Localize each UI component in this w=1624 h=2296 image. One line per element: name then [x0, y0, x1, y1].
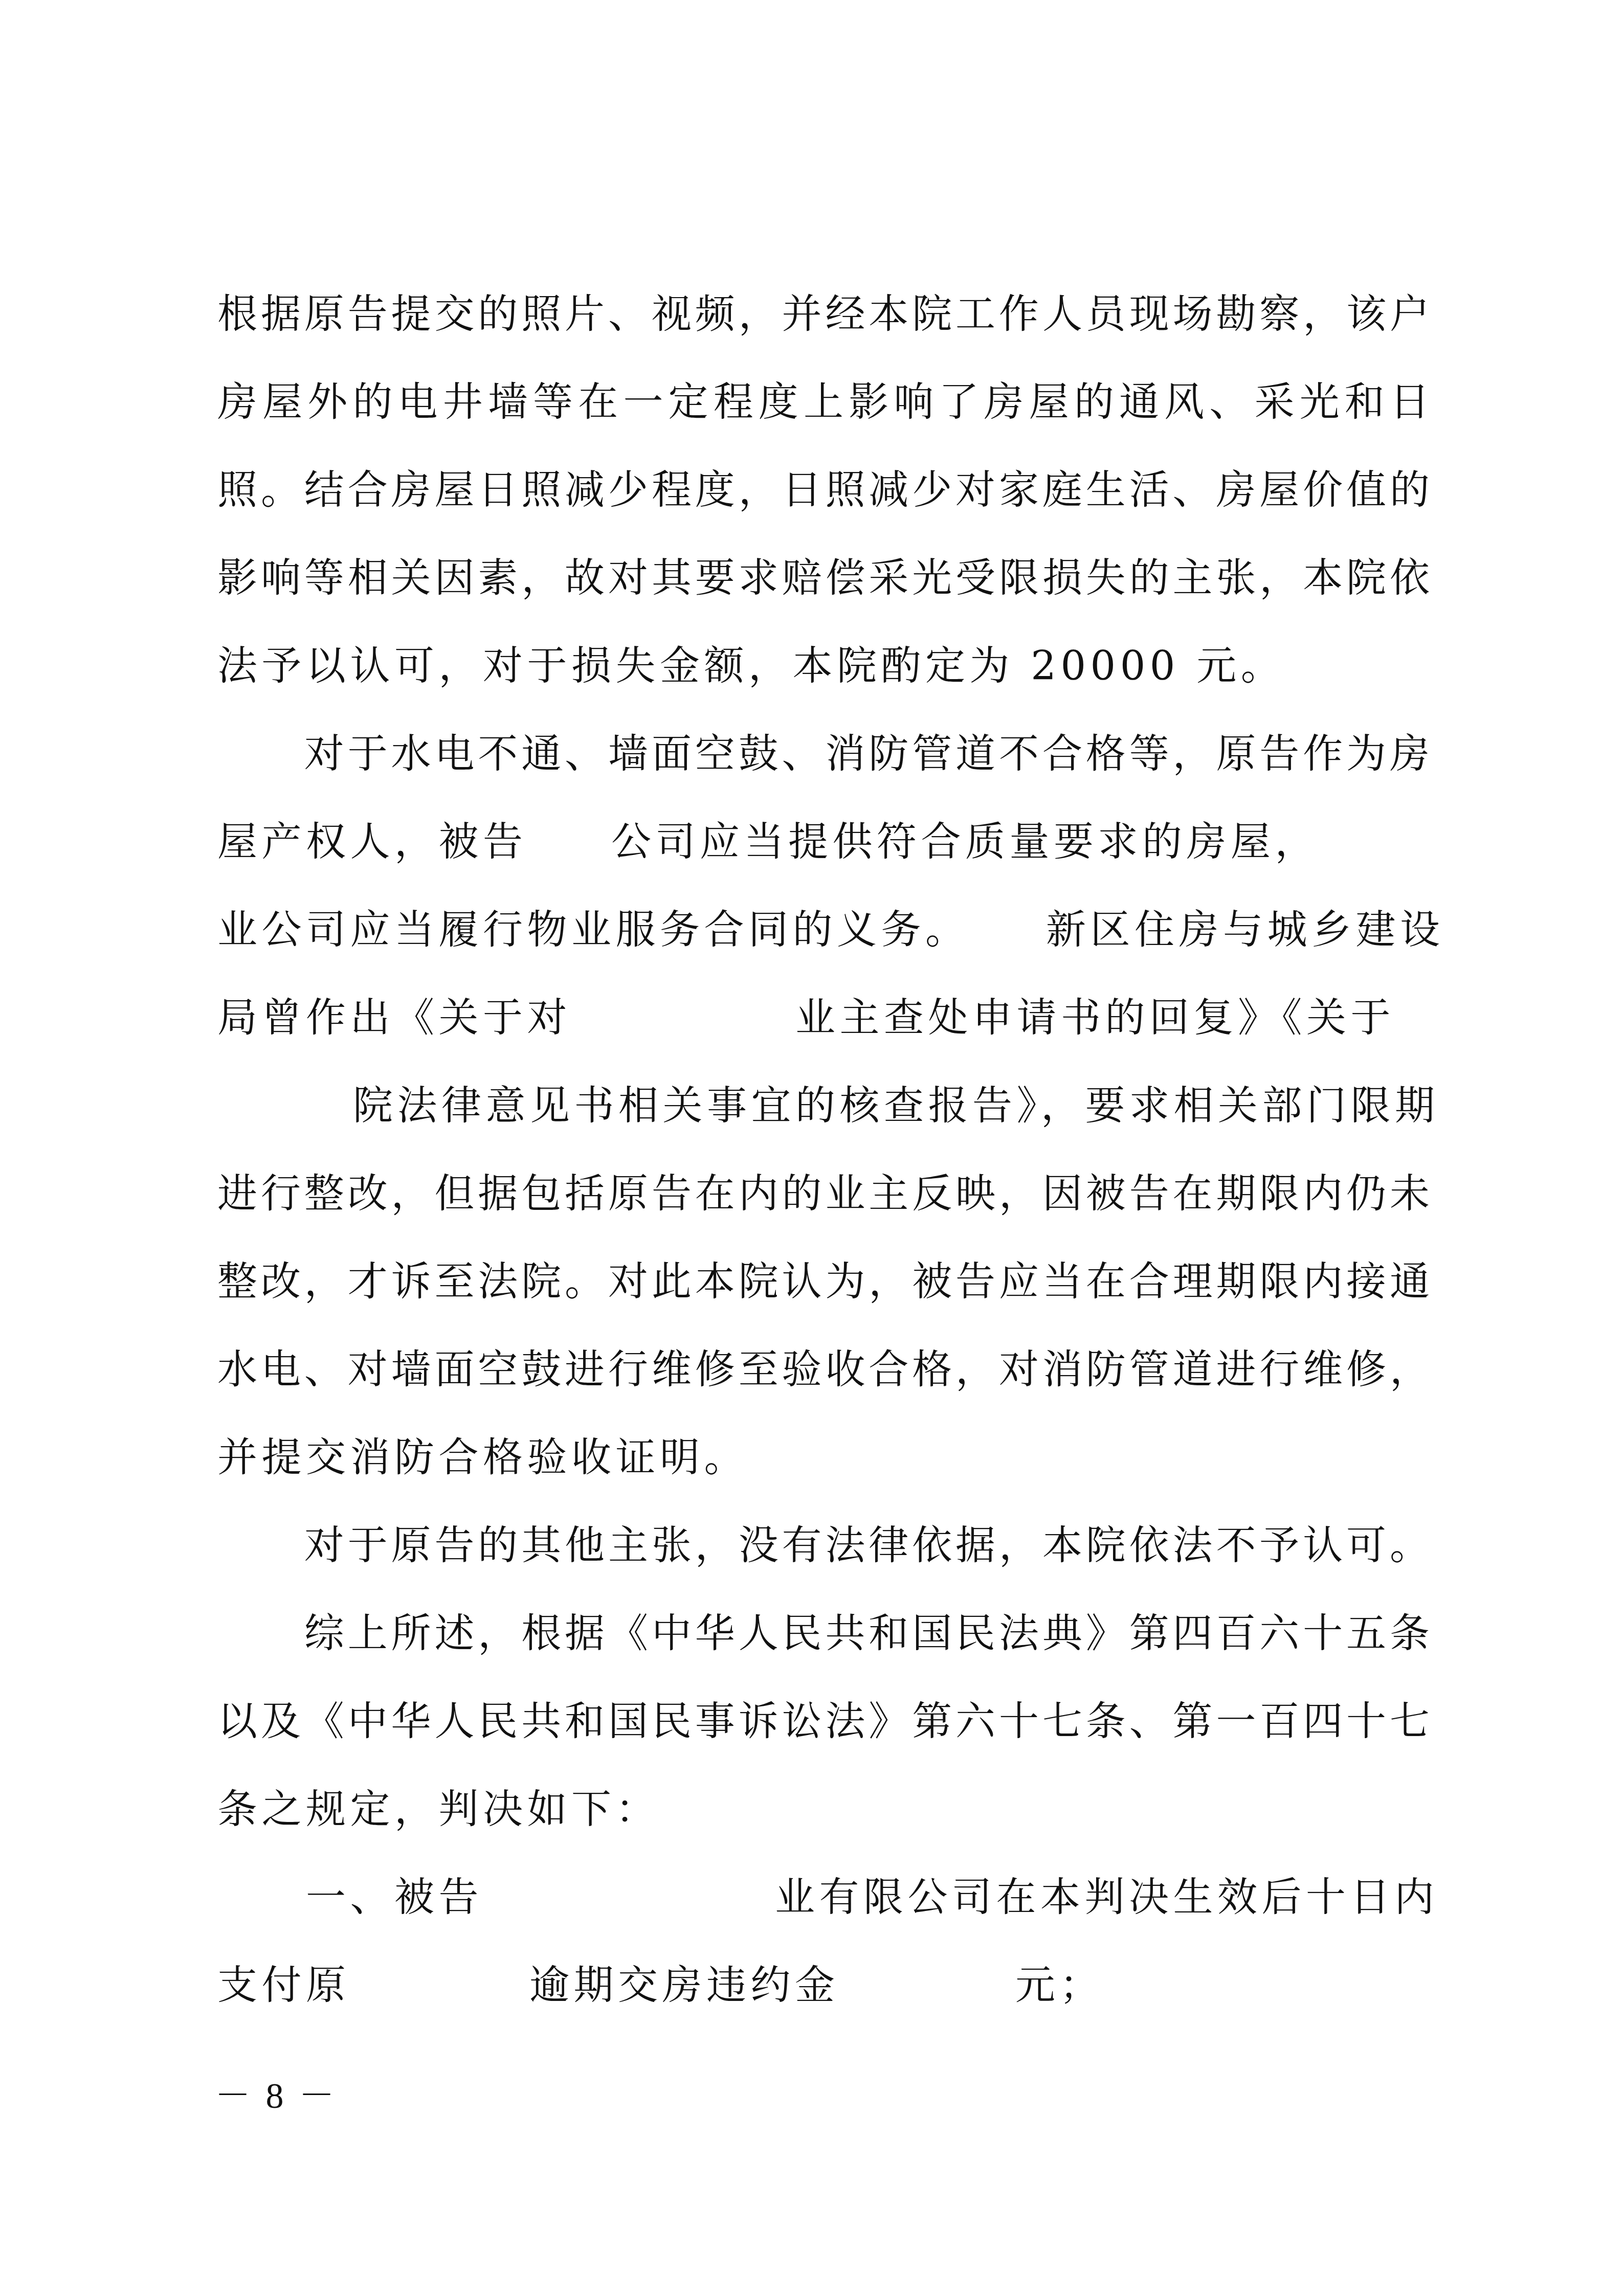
paragraph-line: 并提交消防合格验收证明。 [217, 1427, 1430, 1489]
paragraph-line: 照。结合房屋日照减少程度，日照减少对家庭生活、房屋价值的 [217, 460, 1430, 521]
paragraph-line: 水电、对墙面空鼓进行维修至验收合格，对消防管道进行维修， [217, 1339, 1430, 1401]
text-segment: 元； [1015, 1955, 1104, 2016]
paragraph-line-redacted: 局曾作出《关于对 业主查处申请书的回复》《关于 [217, 987, 1430, 1049]
page-number: － 8 － [215, 2074, 338, 2120]
paragraph-line: 条之规定，判决如下： [217, 1779, 1430, 1840]
paragraph-line: 对于水电不通、墙面空鼓、消防管道不合格等，原告作为房 [217, 724, 1430, 785]
paragraph-line: 综上所述，根据《中华人民共和国民法典》第四百六十五条 [217, 1603, 1430, 1664]
paragraph-line: 影响等相关因素，故对其要求赔偿采光受限损失的主张，本院依 [217, 548, 1430, 609]
text-segment: 院法律意见书相关事宜的核查报告》，要求相关部门限期 [353, 1075, 1439, 1137]
text-segment: 业有限公司在本判决生效后十日内 [775, 1867, 1439, 1928]
text-segment: 公司应当提供符合质量要求的房屋， [611, 812, 1319, 873]
judgment-item-1-cont: 支付原 逾期交房违约金 元； [217, 1955, 1430, 2016]
paragraph-line: 法予以认可，对于损失金额，本院酌定为 20000 元。 [217, 636, 1430, 697]
paragraph-line: 进行整改，但据包括原告在内的业主反映，因被告在期限内仍未 [217, 1163, 1430, 1225]
paragraph-line: 整改，才诉至法院。对此本院认为，被告应当在合理期限内接通 [217, 1251, 1430, 1313]
text-segment: 新区住房与城乡建设 [1046, 899, 1444, 961]
paragraph-line: 以及《中华人民共和国民事诉讼法》第六十七条、第一百四十七 [217, 1691, 1430, 1752]
text-segment: 一、被告 [217, 1867, 483, 1928]
text-segment: 屋产权人，被告 [217, 812, 527, 873]
text-segment: 支付原 [217, 1955, 350, 2016]
text-segment: 局曾作出《关于对 [217, 987, 571, 1049]
text-segment: 业公司应当履行物业服务合同的义务。 [217, 899, 970, 961]
judgment-item-1: 一、被告 业有限公司在本判决生效后十日内 [217, 1867, 1430, 1928]
text-segment: 业主查处申请书的回复》《关于 [795, 987, 1395, 1049]
text-segment: 逾期交房违约金 [529, 1955, 839, 2016]
paragraph-line: 对于原告的其他主张，没有法律依据，本院依法不予认可。 [217, 1515, 1430, 1577]
paragraph-line-redacted: 业公司应当履行物业服务合同的义务。 新区住房与城乡建设 [217, 899, 1430, 961]
paragraph-line-redacted: 院法律意见书相关事宜的核查报告》，要求相关部门限期 [217, 1075, 1430, 1137]
paragraph-line: 房屋外的电井墙等在一定程度上影响了房屋的通风、采光和日 [217, 372, 1430, 433]
paragraph-line: 根据原告提交的照片、视频，并经本院工作人员现场勘察，该户 [217, 284, 1430, 345]
document-page: 根据原告提交的照片、视频，并经本院工作人员现场勘察，该户 房屋外的电井墙等在一定… [0, 0, 1624, 2296]
paragraph-line-redacted: 屋产权人，被告 公司应当提供符合质量要求的房屋， [217, 812, 1430, 873]
